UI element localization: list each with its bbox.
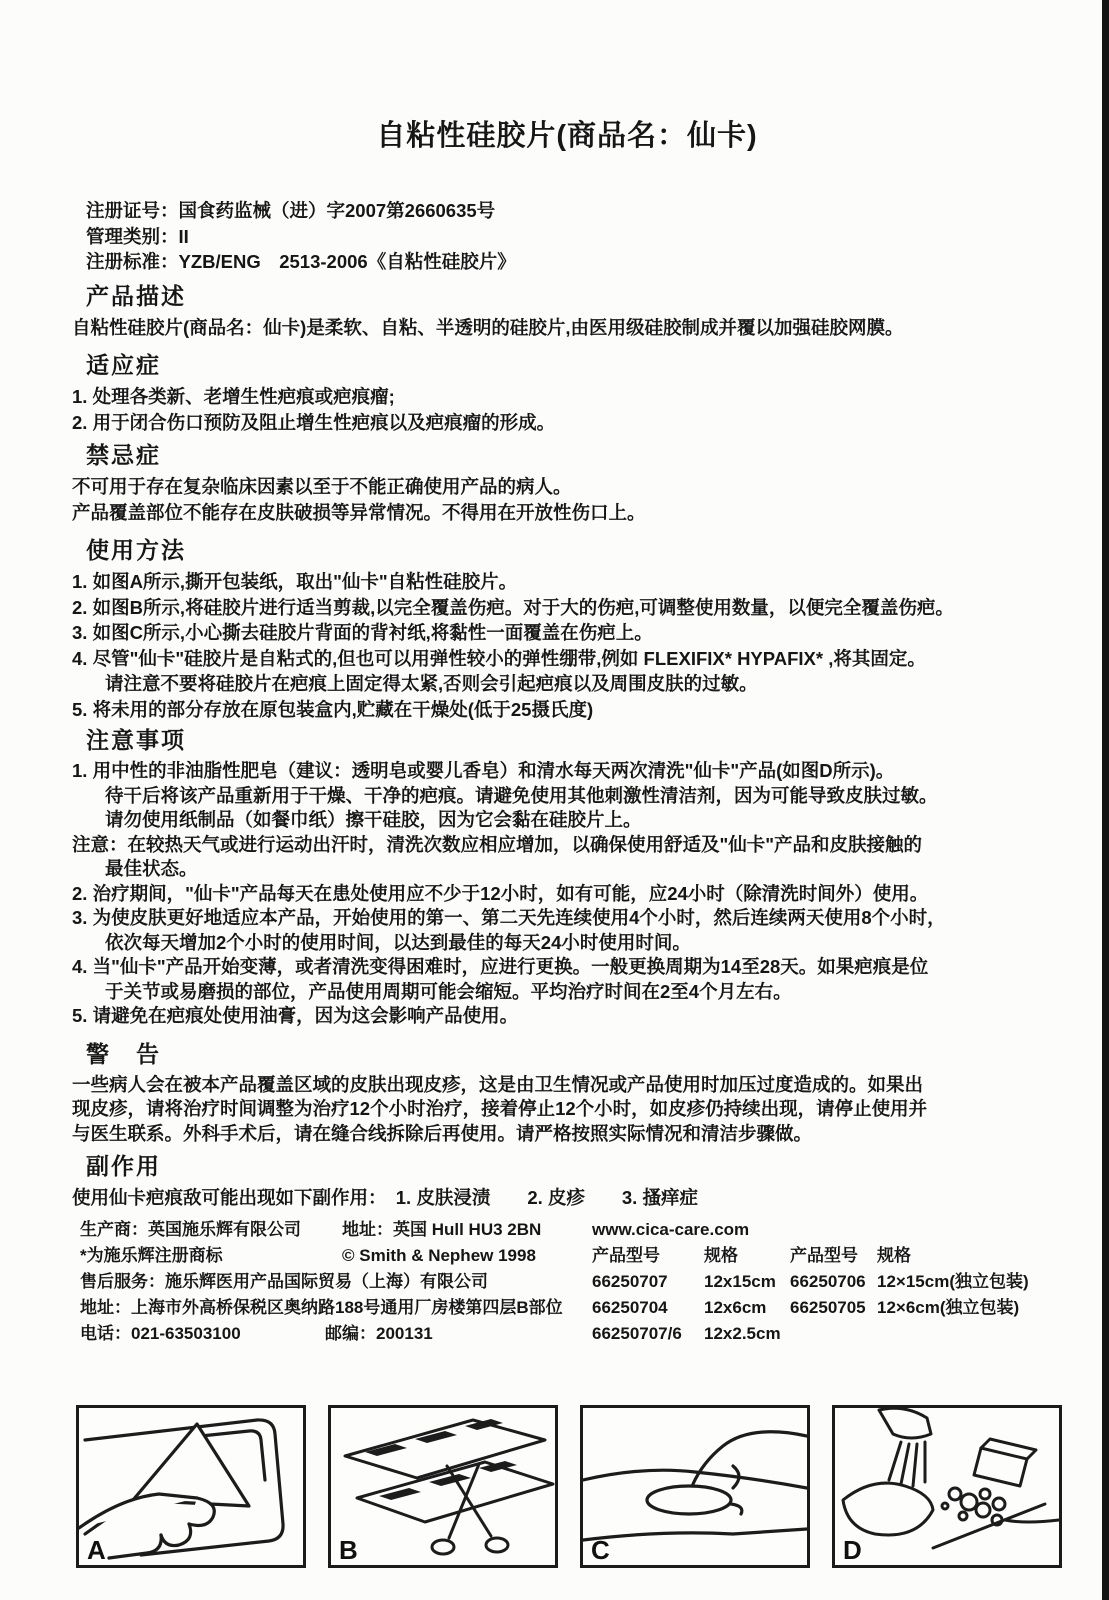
model-number: 66250707 bbox=[592, 1269, 704, 1295]
spec: 12×15cm(独立包装) bbox=[877, 1269, 1062, 1295]
spec: 12x2.5cm bbox=[704, 1321, 790, 1347]
trademark-note: *为施乐辉注册商标 bbox=[80, 1243, 342, 1269]
registration-standard: 注册标准：YZB/ENG 2513-2006《自粘性硅胶片》 bbox=[86, 249, 1062, 275]
figure-a: A bbox=[76, 1405, 306, 1568]
body-line: 2. 用于闭合伤口预防及阻止增生性疤痕以及疤痕瘤的形成。 bbox=[72, 410, 1062, 436]
body-line: 于关节或易磨损的部位，产品使用周期可能会缩短。平均治疗时间在2至4个月左右。 bbox=[72, 980, 1062, 1005]
body-line: 产品覆盖部位不能存在皮肤破损等异常情况。不得用在开放性伤口上。 bbox=[72, 500, 1062, 526]
table-header-row: 产品型号 规格 产品型号 规格 bbox=[592, 1243, 1062, 1269]
apply-sheet-to-arm-illustration bbox=[583, 1408, 807, 1565]
spec: 12x6cm bbox=[704, 1295, 790, 1321]
body-line: 请勿使用纸制品（如餐巾纸）擦干硅胶，因为它会黏在硅胶片上。 bbox=[72, 808, 1062, 833]
body-line: 一些病人会在被本产品覆盖区域的皮肤出现皮疹，这是由卫生情况或产品使用时加压过度造… bbox=[72, 1073, 1062, 1098]
table-row: 66250707 12x15cm 66250706 12×15cm(独立包装) bbox=[592, 1269, 1062, 1295]
model-number: 66250704 bbox=[592, 1295, 704, 1321]
model-number: 66250706 bbox=[790, 1269, 877, 1295]
body-line: 2. 治疗期间，"仙卡"产品每天在患处使用应不少于12小时，如有可能，应24小时… bbox=[72, 882, 1062, 907]
section-warning: 警 告 一些病人会在被本产品覆盖区域的皮肤出现皮疹，这是由卫生情况或产品使用时加… bbox=[72, 1039, 1062, 1147]
product-model-table: www.cica-care.com 产品型号 规格 产品型号 规格 662507… bbox=[592, 1217, 1062, 1347]
postal-code: 邮编：200131 bbox=[325, 1324, 433, 1343]
model-number: 66250707/6 bbox=[592, 1321, 704, 1347]
body-line: 5. 将未用的部分存放在原包装盒内,贮藏在干燥处(低于25摄氏度) bbox=[72, 697, 1062, 723]
column-header: 产品型号 bbox=[592, 1243, 704, 1269]
instruction-figures: A bbox=[76, 1405, 1062, 1568]
body-line: 待干后将该产品重新用于干燥、干净的疤痕。请避免使用其他刺激性清洁剂，因为可能导致… bbox=[72, 784, 1062, 809]
body-line: 依次每天增加2个小时的使用时间，以达到最佳的每天24小时使用时间。 bbox=[72, 931, 1062, 956]
section-precautions: 注意事项 1. 用中性的非油脂性肥皂（建议：透明皂或婴儿香皂）和清水每天两次清洗… bbox=[72, 725, 1062, 1029]
copyright-note: © Smith & Nephew 1998 bbox=[342, 1246, 536, 1265]
body-line: 现皮疹，请将治疗时间调整为治疗12个小时治疗，接着停止12个小时，如皮疹仍持续出… bbox=[72, 1097, 1062, 1122]
section-heading: 警 告 bbox=[86, 1039, 1062, 1069]
section-heading: 注意事项 bbox=[86, 725, 1062, 755]
spec: 12×6cm(独立包装) bbox=[877, 1295, 1062, 1321]
leaflet-content: 自粘性硅胶片(商品名：仙卡) 注册证号：国食药监械（进）字2007第266063… bbox=[72, 0, 1062, 1568]
body-line: 4. 当"仙卡"产品开始变薄，或者清洗变得困难时，应进行更换。一般更换周期为14… bbox=[72, 955, 1062, 980]
body-line: 2. 如图B所示,将硅胶片进行适当剪裁,以完全覆盖伤疤。对于大的伤疤,可调整使用… bbox=[72, 595, 1062, 621]
figure-b: B bbox=[328, 1405, 558, 1568]
table-row: 66250707/6 12x2.5cm bbox=[592, 1321, 1062, 1347]
figure-c: C bbox=[580, 1405, 810, 1568]
registration-number: 注册证号：国食药监械（进）字2007第2660635号 bbox=[86, 198, 1062, 224]
body-line: 1. 用中性的非油脂性肥皂（建议：透明皂或婴儿香皂）和清水每天两次清洗"仙卡"产… bbox=[72, 759, 1062, 784]
column-header: 规格 bbox=[704, 1243, 790, 1269]
phone-line: 电话：021-63503100邮编：200131 bbox=[80, 1321, 585, 1347]
column-header: 产品型号 bbox=[790, 1243, 877, 1269]
body-line: 3. 为使皮肤更好地适应本产品，开始使用的第一、第二天先连续使用4个小时，然后连… bbox=[72, 906, 1062, 931]
wash-with-water-and-soap-illustration bbox=[835, 1408, 1059, 1565]
after-sales-line: 售后服务：施乐辉医用产品国际贸易（上海）有限公司 bbox=[80, 1269, 585, 1295]
section-indications: 适应症 1. 处理各类新、老增生性疤痕或疤痕瘤; 2. 用于闭合伤口预防及阻止增… bbox=[72, 350, 1062, 435]
management-class: 管理类别：II bbox=[86, 224, 1062, 250]
body-line: 自粘性硅胶片(商品名：仙卡)是柔软、自粘、半透明的硅胶片,由医用级硅胶制成并覆以… bbox=[72, 315, 1062, 341]
peel-open-package-illustration bbox=[79, 1408, 303, 1565]
table-row: 66250704 12x6cm 66250705 12×6cm(独立包装) bbox=[592, 1295, 1062, 1321]
column-header: 规格 bbox=[877, 1243, 1062, 1269]
body-line: 1. 如图A所示,撕开包装纸，取出"仙卡"自粘性硅胶片。 bbox=[72, 569, 1062, 595]
manufacturer-address: 地址：英国 Hull HU3 2BN bbox=[342, 1220, 541, 1239]
manufacturer-info: 生产商：英国施乐辉有限公司地址：英国 Hull HU3 2BN *为施乐辉注册商… bbox=[80, 1217, 585, 1347]
section-heading: 产品描述 bbox=[86, 281, 1062, 311]
manufacturer-name: 生产商：英国施乐辉有限公司 bbox=[80, 1217, 342, 1243]
figure-label: C bbox=[591, 1537, 610, 1563]
body-line: 不可用于存在复杂临床因素以至于不能正确使用产品的病人。 bbox=[72, 474, 1062, 500]
trademark-line: *为施乐辉注册商标© Smith & Nephew 1998 bbox=[80, 1243, 585, 1269]
cut-sheet-with-scissors-illustration bbox=[331, 1408, 555, 1565]
section-side-effects: 副作用 使用仙卡疤痕敌可能出现如下副作用： 1. 皮肤浸渍 2. 皮疹 3. 搔… bbox=[72, 1151, 1062, 1211]
body-line: 3. 如图C所示,小心撕去硅胶片背面的背衬纸,将黏性一面覆盖在伤疤上。 bbox=[72, 620, 1062, 646]
section-heading: 副作用 bbox=[86, 1151, 1062, 1181]
model-number bbox=[790, 1321, 877, 1347]
body-line: 4. 尽管"仙卡"硅胶片是自粘式的,但也可以用弹性较小的弹性绷带,例如 FLEX… bbox=[72, 646, 1062, 672]
manufacturer-footer: 生产商：英国施乐辉有限公司地址：英国 Hull HU3 2BN *为施乐辉注册商… bbox=[80, 1217, 1062, 1347]
registration-block: 注册证号：国食药监械（进）字2007第2660635号 管理类别：II 注册标准… bbox=[86, 198, 1062, 275]
body-line: 与医生联系。外科手术后，请在缝合线拆除后再使用。请严格按照实际情况和清洁步骤做。 bbox=[72, 1122, 1062, 1147]
page-title: 自粘性硅胶片(商品名：仙卡) bbox=[72, 118, 1062, 154]
model-number: 66250705 bbox=[790, 1295, 877, 1321]
section-usage: 使用方法 1. 如图A所示,撕开包装纸，取出"仙卡"自粘性硅胶片。 2. 如图B… bbox=[72, 535, 1062, 722]
manufacturer-line: 生产商：英国施乐辉有限公司地址：英国 Hull HU3 2BN bbox=[80, 1217, 585, 1243]
website-url: www.cica-care.com bbox=[592, 1217, 1062, 1243]
scan-edge bbox=[1102, 0, 1109, 1600]
body-line: 请注意不要将硅胶片在疤痕上固定得太紧,否则会引起疤痕以及周围皮肤的过敏。 bbox=[72, 671, 1062, 697]
phone-number: 电话：021-63503100 bbox=[80, 1321, 325, 1347]
body-line: 注意：在较热天气或进行运动出汗时，清洗次数应相应增加，以确保使用舒适及"仙卡"产… bbox=[72, 833, 1062, 858]
section-heading: 使用方法 bbox=[86, 535, 1062, 565]
section-contraindications: 禁忌症 不可用于存在复杂临床因素以至于不能正确使用产品的病人。 产品覆盖部位不能… bbox=[72, 440, 1062, 525]
figure-label: B bbox=[339, 1537, 358, 1563]
body-line: 5. 请避免在疤痕处使用油膏，因为这会影响产品使用。 bbox=[72, 1004, 1062, 1029]
figure-d: D bbox=[832, 1405, 1062, 1568]
section-heading: 禁忌症 bbox=[86, 440, 1062, 470]
body-line: 最佳状态。 bbox=[72, 857, 1062, 882]
spec bbox=[877, 1321, 1062, 1347]
spec: 12x15cm bbox=[704, 1269, 790, 1295]
body-line: 使用仙卡疤痕敌可能出现如下副作用： 1. 皮肤浸渍 2. 皮疹 3. 搔痒症 bbox=[72, 1185, 1062, 1211]
instruction-leaflet-page: 自粘性硅胶片(商品名：仙卡) 注册证号：国食药监械（进）字2007第266063… bbox=[0, 0, 1109, 1600]
body-line: 1. 处理各类新、老增生性疤痕或疤痕瘤; bbox=[72, 384, 1062, 410]
section-product-description: 产品描述 自粘性硅胶片(商品名：仙卡)是柔软、自粘、半透明的硅胶片,由医用级硅胶… bbox=[72, 281, 1062, 341]
figure-label: D bbox=[843, 1537, 862, 1563]
section-heading: 适应症 bbox=[86, 350, 1062, 380]
figure-label: A bbox=[87, 1537, 106, 1563]
china-address-line: 地址：上海市外高桥保税区奥纳路188号通用厂房楼第四层B部位 bbox=[80, 1295, 585, 1321]
